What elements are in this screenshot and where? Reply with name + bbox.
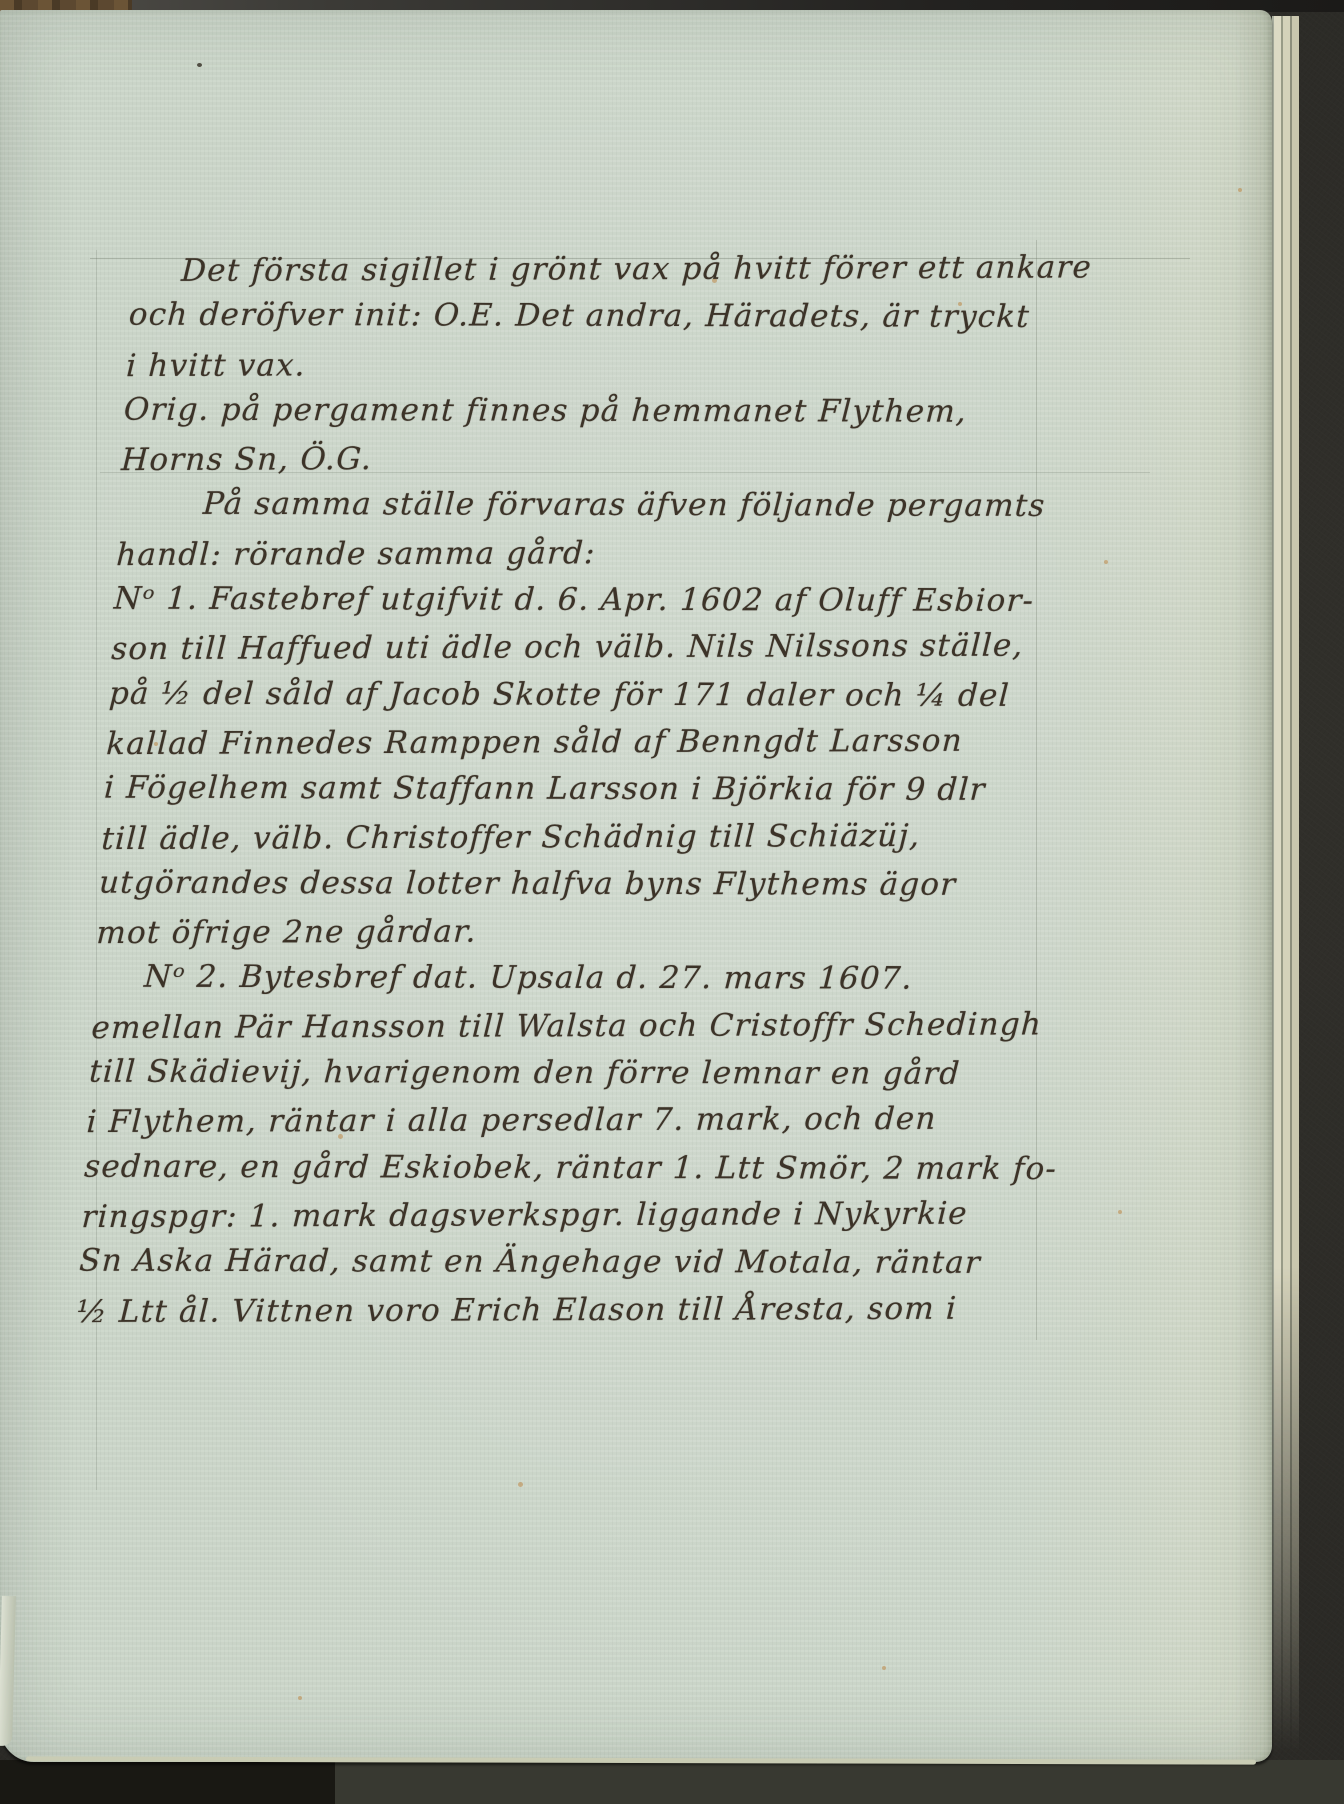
foxing-spot — [882, 1666, 886, 1670]
foxing-spot — [518, 1482, 523, 1487]
ink-speck — [197, 63, 202, 67]
foxing-spot — [298, 1696, 302, 1700]
handwritten-text: Det första sigillet i grönt vax på hvitt… — [75, 246, 1222, 1334]
manuscript-line: ½ Ltt ål. Vittnen voro Erich Elason till… — [75, 1284, 1168, 1335]
manuscript-line: På samma ställe förvaras äfven följande … — [118, 481, 1210, 531]
manuscript-line: Nᵒ 2. Bytesbref dat. Upsala d. 27. mars … — [93, 954, 1185, 1004]
manuscript-line: handl: rörande samma gård: — [115, 528, 1208, 579]
bottom-shadow — [0, 1760, 335, 1804]
page-stack-edges — [1272, 16, 1306, 1754]
manuscript-line: i Flythem, räntar i alla persedlar 7. ma… — [85, 1095, 1178, 1146]
manuscript-line: utgörandes dessa lotter halfva byns Flyt… — [98, 860, 1190, 910]
manuscript-line: kallad Finnedes Ramppen såld af Benngdt … — [105, 717, 1198, 768]
manuscript-line: i hvitt vax. — [125, 339, 1218, 390]
manuscript-line: Det första sigillet i grönt vax på hvitt… — [130, 244, 1223, 295]
manuscript-line: Nᵒ 1. Fastebref utgifvit d. 6. Apr. 1602… — [113, 576, 1205, 626]
manuscript-line: sednare, en gård Eskiobek, räntar 1. Ltt… — [83, 1143, 1175, 1193]
manuscript-line: på ½ del såld af Jacob Skotte för 171 da… — [108, 670, 1200, 720]
manuscript-line: son till Haffued uti ädle och välb. Nils… — [110, 622, 1203, 673]
manuscript-line: Orig. på pergament finnes på hemmanet Fl… — [123, 387, 1215, 437]
manuscript-page: Det första sigillet i grönt vax på hvitt… — [0, 10, 1272, 1762]
manuscript-line: till ädle, välb. Christoffer Schädnig ti… — [100, 811, 1193, 862]
manuscript-line: Horns Sn, Ö.G. — [120, 433, 1213, 484]
manuscript-line: emellan Pär Hansson till Walsta och Cris… — [90, 1001, 1183, 1052]
manuscript-line: mot öfrige 2ne gårdar. — [95, 906, 1188, 957]
manuscript-line: i Fögelhem samt Staffann Larsson i Björk… — [103, 765, 1195, 815]
scanned-manuscript-screenshot: { "scan": { "background_color": "#2b2a26… — [0, 0, 1344, 1804]
foxing-spot — [1238, 188, 1242, 192]
manuscript-line: till Skädievij, hvarigenom den förre lem… — [88, 1049, 1180, 1099]
manuscript-line: ringspgr: 1. mark dagsverkspgr. liggande… — [80, 1190, 1173, 1241]
scan-bottom-edge — [0, 1760, 1344, 1804]
manuscript-line: och deröfver init: O.E. Det andra, Härad… — [128, 292, 1220, 342]
manuscript-line: Sn Aska Härad, samt en Ängehage vid Mota… — [78, 1238, 1170, 1288]
